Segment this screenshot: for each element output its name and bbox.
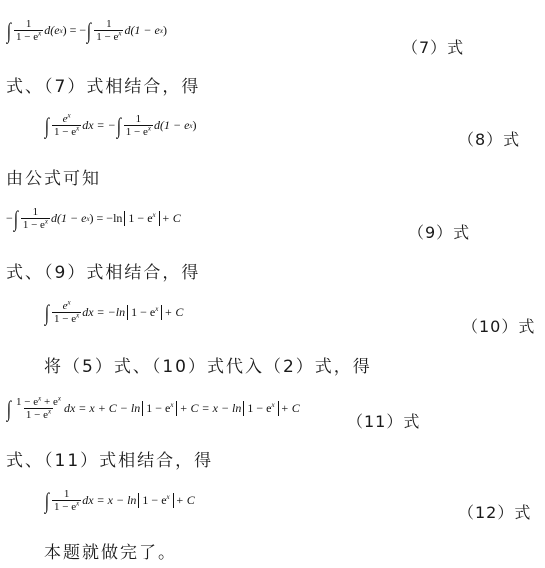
paragraph-substitute: 将（5）式、（10）式代入（2）式，得: [44, 352, 545, 377]
paragraph-combine-11: 式、（11）式相结合，得: [6, 446, 545, 471]
equation-7: ∫ 1 1 − ex d(ex ) = − ∫ 1 1 − ex d(1 − e…: [6, 18, 167, 43]
absolute-value: 1 − ex: [124, 211, 159, 226]
paragraph-by-formula: 由公式可知: [6, 164, 545, 189]
equation-number-10: （10）式: [462, 314, 535, 337]
equation-12: ∫ 1 1 − ex dx = x − ln 1 − ex + C: [44, 488, 195, 513]
paragraph-done: 本题就做完了。: [44, 538, 545, 563]
integral-sign: ∫: [87, 20, 91, 42]
equation-10: ∫ ex 1 − ex dx = −ln 1 − ex + C: [44, 300, 183, 325]
equation-number-9: （9）式: [408, 220, 470, 243]
equation-number-7: （7）式: [402, 35, 464, 58]
equation-number-8: （8）式: [458, 127, 520, 150]
paragraph-combine-9: 式、（9）式相结合，得: [6, 258, 545, 283]
equation-8: ∫ ex 1 − ex dx = − ∫ 1 1 − ex d(1 − ex): [44, 113, 197, 138]
equation-number-11: （11）式: [347, 409, 420, 432]
equation-number-12: （12）式: [458, 500, 531, 523]
integral-sign: ∫: [7, 20, 11, 42]
paragraph-combine-7: 式、（7）式相结合，得: [6, 72, 545, 97]
equation-9: − ∫ 1 1 − ex d(1 − ex ) = −ln 1 − ex + C: [6, 206, 181, 231]
fraction: 1 1 − ex: [94, 18, 123, 43]
fraction: 1 1 − ex: [14, 18, 43, 43]
equation-11: ∫ 1 − ex + ex 1 − ex dx = x + C − ln 1 −…: [6, 396, 300, 421]
